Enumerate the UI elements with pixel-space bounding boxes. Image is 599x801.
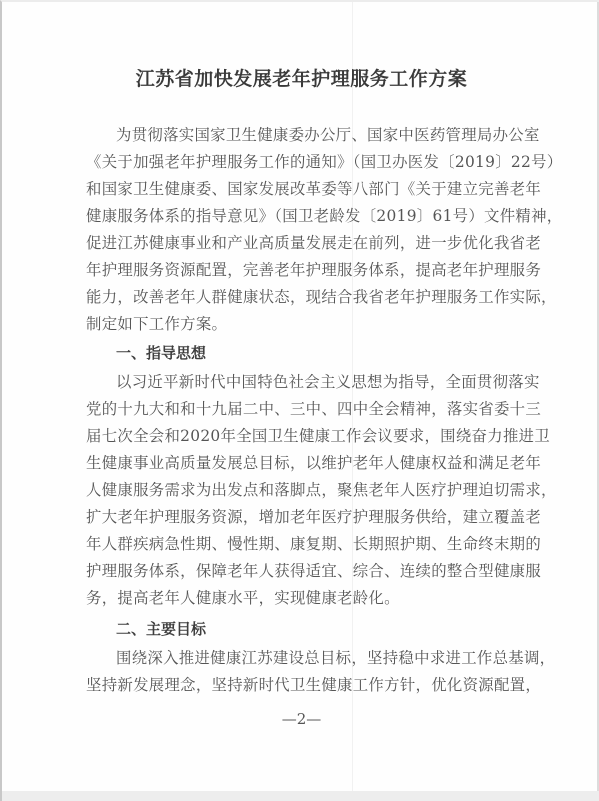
section-heading-main-goals: 二、主要目标 [116, 616, 206, 643]
section1-line: 务，提高老年人健康水平，实现健康老龄化。 [86, 585, 526, 612]
section1-line: 生健康事业高质量发展总目标，以维护老年人健康权益和满足老年 [86, 450, 526, 477]
document-title: 江苏省加快发展老年护理服务工作方案 [2, 64, 599, 91]
section1-line: 届七次全会和2020年全国卫生健康工作会议要求，围绕奋力推进卫 [86, 423, 526, 450]
intro-line: 和国家卫生健康委、国家发展改革委等八部门《关于建立完善老年 [86, 176, 526, 203]
intro-line: 年护理服务资源配置，完善老年护理服务体系，提高老年护理服务 [86, 257, 526, 284]
section2-line: 围绕深入推进健康江苏建设总目标，坚持稳中求进工作总基调， [116, 645, 526, 672]
section1-line: 护理服务体系，保障老年人获得适宜、综合、连续的整合型健康服 [86, 558, 526, 585]
intro-line: 能力，改善老年人群健康状态，现结合我省老年护理服务工作实际， [86, 284, 526, 311]
intro-line: 为贯彻落实国家卫生健康委办公厅、国家中医药管理局办公室 [116, 122, 526, 149]
section1-line: 扩大老年护理服务资源，增加老年医疗护理服务供给，建立覆盖老 [86, 504, 526, 531]
section1-line: 以习近平新时代中国特色社会主义思想为指导，全面贯彻落实 [116, 369, 526, 396]
section1-line: 年人群疾病急性期、慢性期、康复期、长期照护期、生命终末期的 [86, 531, 526, 558]
section1-line: 人健康服务需求为出发点和落脚点，聚焦老年人医疗护理迫切需求， [86, 477, 526, 504]
document-page: 江苏省加快发展老年护理服务工作方案 为贯彻落实国家卫生健康委办公厅、国家中医药管… [0, 0, 599, 801]
section-heading-guiding-ideology: 一、指导思想 [116, 340, 206, 367]
intro-line: 促进江苏健康事业和产业高质量发展走在前列，进一步优化我省老 [86, 230, 526, 257]
section1-line: 党的十九大和和十九届二中、三中、四中全会精神，落实省委十三 [86, 396, 526, 423]
section2-line: 坚持新发展理念，坚持新时代卫生健康工作方针，优化资源配置， [86, 672, 526, 699]
page-bottom-edge [2, 791, 599, 801]
intro-line: 健康服务体系的指导意见》（国卫老龄发〔2019〕61号）文件精神， [86, 203, 526, 230]
page-number: —2— [2, 710, 599, 728]
intro-line: 制定如下工作方案。 [86, 311, 526, 338]
intro-line: 《关于加强老年护理服务工作的通知》（国卫办医发〔2019〕22号） [86, 149, 526, 176]
